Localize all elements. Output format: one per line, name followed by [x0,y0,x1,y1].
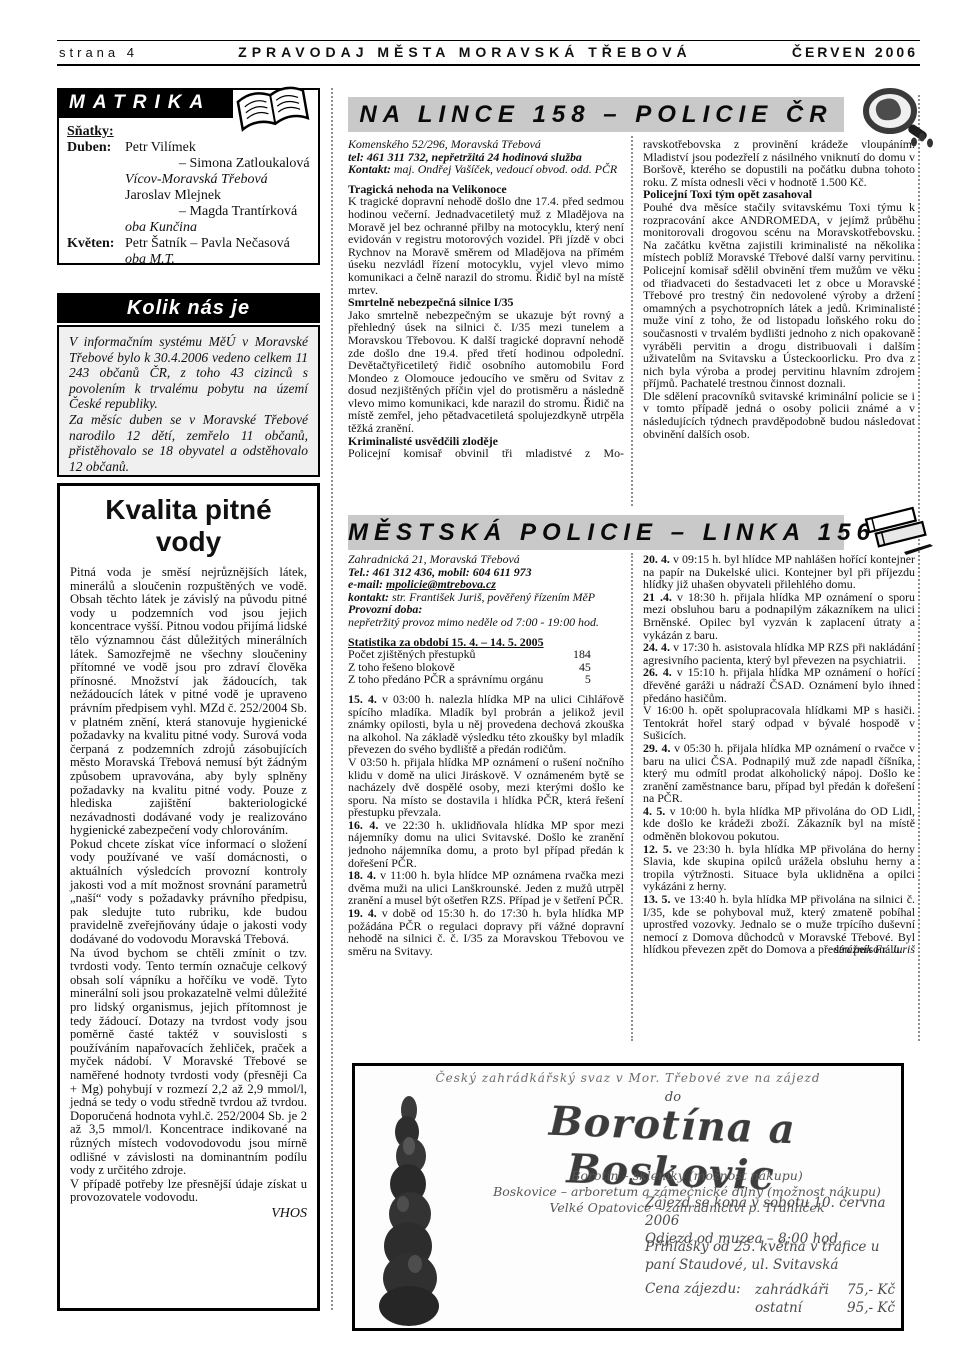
matrika-line: Vícov-Moravská Třebová [67,172,312,188]
mestska-policie-line: Počet zjištěných přestupků184 [348,648,591,661]
matrika-line: – Simona Zatloukalová [67,156,312,172]
newspaper-page: strana 4 ZPRAVODAJ MĚSTA MORAVSKÁ TŘEBOV… [0,0,960,1357]
mestska-policie-column-1: Zahradnická 21, Moravská TřebováTel.: 46… [348,553,624,1041]
issue-date: ČERVEN 2006 [792,44,918,60]
mestska-policie-line: 16. 4. ve 22:30 h. uklidňovala hlídka MP… [348,819,624,869]
flyer-detail-line: Zájezd se koná v sobotu 10. června 2006 [645,1194,900,1230]
kvalita-paragraph: Pokud chcete získat více informací o slo… [70,838,307,947]
policie-cr-line: Komenského 52/296, Moravská Třebová [348,138,624,151]
flyer-signup-info: Přihlášky od 25. května v trafice u paní… [645,1238,895,1274]
matrika-line: oba M.T. [67,252,312,268]
mestska-policie-line: 21 .4. v 18:30 h. přijala hlídka MP ozná… [643,591,915,641]
mestska-policie-column-2: 20. 4. v 09:15 h. byl hlídce MP nahlášen… [643,553,915,1041]
mestska-policie-line: Z toho předáno PČR a správnímu orgánu5 [348,673,591,686]
kvalita-paragraph: Na úvod bychom se chtěli zmínit o tzv. t… [70,947,307,1178]
column-divider-right [918,95,920,1041]
kvalita-title: Kvalita pitné vody [70,494,307,558]
policie-cr-line: ravskotřebovska z provinění krádeže vlou… [643,138,915,188]
mestska-policie-line: 26. 4. v 15:10 h. přijala hlídka MP ozná… [643,666,915,704]
kvalita-body: Pitná voda je směsí nejrůznějších látek,… [70,566,307,1221]
newspaper-title: ZPRAVODAJ MĚSTA MORAVSKÁ TŘEBOVÁ [238,44,692,60]
matrika-title-bar: MATRIKA [57,88,233,118]
cypress-tree-illustration [363,1094,455,1326]
column-divider-policie [631,136,633,506]
policie-cr-title-bar: NA LINCE 158 – POLICIE ČR [348,97,844,132]
mestska-policie-line: 29. 4. v 05:30 h. přijala hlídka MP ozná… [643,742,915,805]
matrika-entries: Sňatky:Duben:Petr Vilímek– Simona Zatlou… [67,124,312,268]
kolik-title-bar: Kolik nás je [57,293,320,323]
mestska-policie-line: 20. 4. v 09:15 h. byl hlídce MP nahlášen… [643,553,915,591]
masthead: strana 4 ZPRAVODAJ MĚSTA MORAVSKÁ TŘEBOV… [57,40,920,66]
mestska-policie-line: Zahradnická 21, Moravská Třebová [348,553,624,566]
flyer-top-line: Český zahrádkářský svaz v Mor. Třebové z… [365,1071,891,1085]
column-divider-mp [631,553,633,1041]
policie-cr-line: Dle sdělení pracovníků svitavské kriminá… [643,390,915,440]
matrika-line: Jaroslav Mlejnek [67,188,312,204]
kvalita-paragraph: V případě potřeby lze přesnější údaje zí… [70,1178,307,1205]
policie-cr-column-2: ravskotřebovska z provinění krádeže vlou… [643,138,915,513]
matrika-line: Květen:Petr Šatník – Pavla Nečasová [67,236,312,252]
page-number: strana 4 [59,45,138,60]
kvalita-paragraph: VHOS [70,1207,307,1221]
matrika-line: Sňatky: [67,124,312,140]
mestska-policie-line: 19. 4. v době od 15:30 h. do 17:30 h. by… [348,907,624,957]
mestska-policie-line: V 16:00 h. opět spolupracovala hlídkami … [643,704,915,742]
matrika-box: MATRIKA Sňatky:Duben:Petr Vilímek– Simon… [57,88,320,265]
flyer-line: Borotín – skleníky (možnost nákupu) [485,1168,889,1184]
mestska-policie-title-bar: MĚSTSKÁ POLICIE – LINKA 156 [348,515,844,550]
policie-cr-column-1: Komenského 52/296, Moravská Třebovátel: … [348,138,624,513]
kolik-paragraph: V informačním systému MěÚ v Moravské Tře… [69,334,308,412]
flyer-price-table: zahrádkáři75,- Kčostatní95,- Kč [755,1281,895,1317]
matrika-line: Duben:Petr Vilímek [67,140,312,156]
notebooks-pen-icon [860,504,938,560]
policie-cr-line: Jako smrtelně nebezpečným se ukazuje být… [348,309,624,435]
mestska-policie-line: V 03:50 h. přijala hlídka MP oznámení o … [348,756,624,819]
mestska-policie-line: 18. 4. v 11:00 h. byla hlídce MP oznámen… [348,869,624,907]
masthead-rule-bottom [57,64,920,66]
mestska-policie-line: nepřetržitý provoz mimo neděle od 7:00 -… [348,616,624,629]
kvalita-paragraph: Pitná voda je směsí nejrůznějších látek,… [70,566,307,838]
policie-cr-line: Smrtelně nebezpečná silnice I/35 [348,296,624,309]
flyer-price-row: zahrádkáři75,- Kč [755,1281,895,1299]
flyer-price-label: Cena zájezdu: [645,1281,741,1297]
policie-cr-line: K tragické dopravní nehodě došlo dne 17.… [348,195,624,296]
kvalita-box: Kvalita pitné vody Pitná voda je směsí n… [57,483,320,1311]
kolik-paragraph: Za měsíc duben se v Moravské Třebové nar… [69,412,308,474]
mestska-policie-line: 24. 4. v 17:30 h. asistovala hlídka MP R… [643,641,915,666]
column-divider-left [331,88,333,1310]
mestska-policie-line: 15. 4. v 03:00 h. nalezla hlídka MP na u… [348,693,624,756]
matrika-line: – Magda Trantírková [67,204,312,220]
kolik-box: V informačním systému MěÚ v Moravské Tře… [57,325,320,477]
policie-cr-line: Pouhé dva měsíce stačily svitavskému Tox… [643,201,915,390]
trip-flyer: Český zahrádkářský svaz v Mor. Třebové z… [352,1063,904,1331]
policie-cr-line: Policejní komisař obvinil tři mladistvé … [348,447,624,460]
flyer-price-row: ostatní95,- Kč [755,1299,895,1317]
policie-cr-line: Kontakt: maj. Ondřej Vašíček, vedoucí ob… [348,163,624,176]
mestska-policie-line: 12. 5. ve 23:30 h. byla hlídka MP přivol… [643,843,915,893]
matrika-line: oba Kunčina [67,220,312,236]
mestska-policie-line: 4. 5. v 10:00 h. byla hlídka MP přivolán… [643,805,915,843]
